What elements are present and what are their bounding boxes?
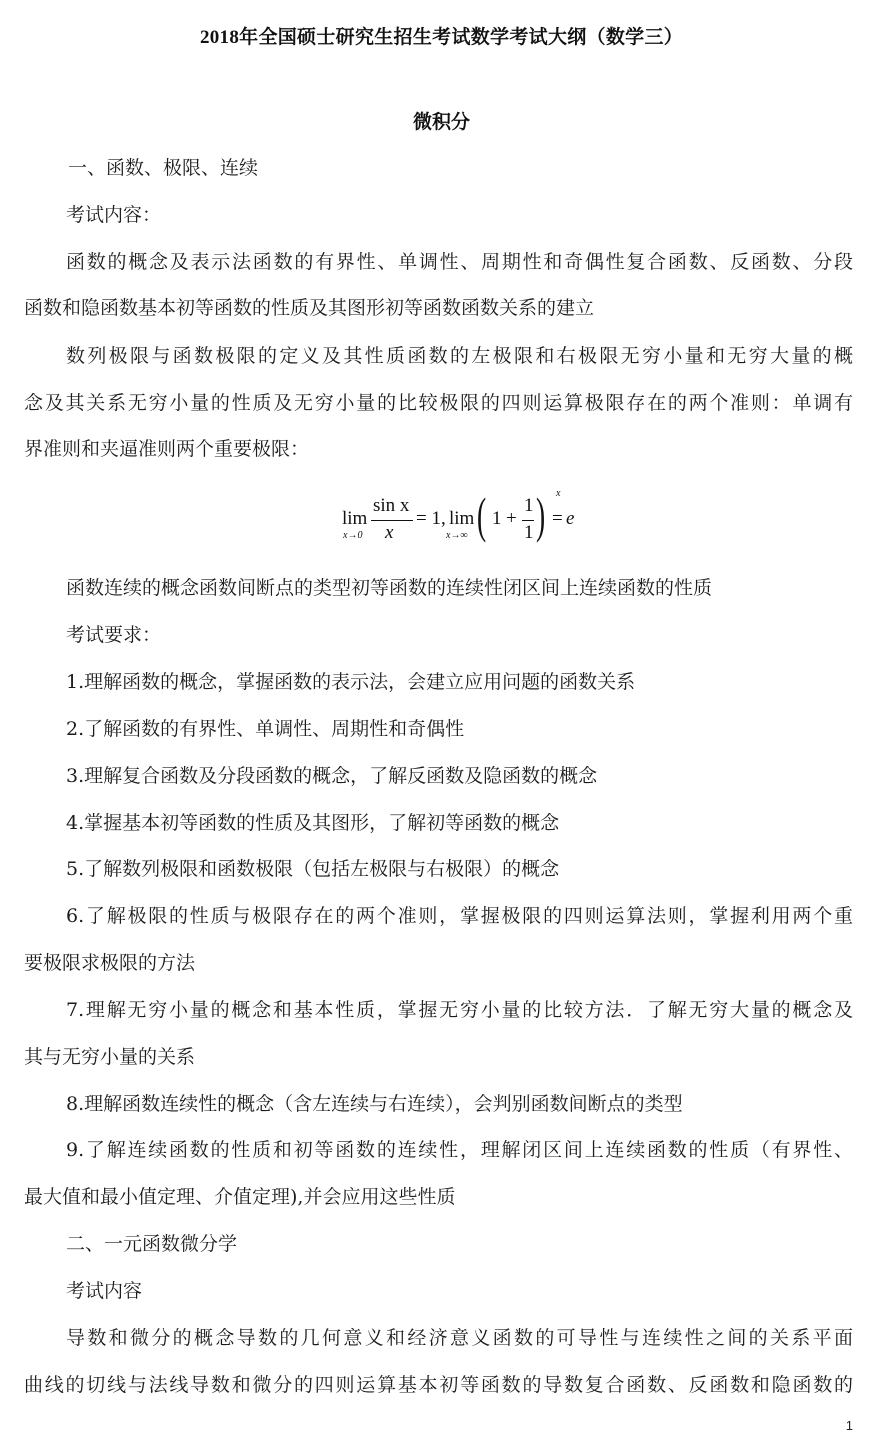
document-title: 2018年全国硕士研究生招生考试数学考试大纲（数学三）	[0, 22, 883, 49]
requirement-2: 2.了解函数的有界性、单调性、周期性和奇偶性	[66, 717, 464, 741]
equals-one: = 1,	[416, 508, 446, 530]
lim-1: lim	[342, 508, 367, 530]
part2-content-p1-line2: 曲线的切线与法线导数和微分的四则运算基本初等函数的导数复合函数、反函数和隐函数的	[24, 1373, 853, 1397]
requirement-3: 3.理解复合函数及分段函数的概念，了解反函数及隐函数的概念	[66, 764, 597, 788]
part1-content-p1-line2: 函数和隐函数基本初等函数的性质及其图形初等函数函数关系的建立	[24, 296, 594, 320]
euler-e: e	[566, 508, 574, 530]
requirement-8: 8.理解函数连续性的概念（含左连续与右连续），会判别函数间断点的类型	[66, 1092, 683, 1116]
requirement-7-line2: 其与无穷小量的关系	[24, 1045, 195, 1069]
left-paren: (	[477, 490, 486, 540]
frac-2-denominator: 1	[524, 522, 534, 544]
requirement-1: 1.理解函数的概念，掌握函数的表示法，会建立应用问题的函数关系	[66, 670, 635, 694]
equals: =	[552, 508, 563, 530]
frac-2-bar	[522, 520, 534, 521]
part1-content-p3: 函数连续的概念函数间断点的类型初等函数的连续性闭区间上连续函数的性质	[66, 576, 712, 600]
lim-2: lim	[449, 508, 474, 530]
frac-1-numerator-text: sin x	[373, 495, 409, 516]
page-number: 1	[846, 1418, 853, 1433]
right-paren: )	[536, 490, 545, 540]
part2-content-p1-line1: 导数和微分的概念导数的几何意义和经济意义函数的可导性与连续性之间的关系平面	[66, 1326, 853, 1350]
lim-2-subscript: x→∞	[446, 530, 468, 541]
part1-content-p2-line2: 念及其关系无穷小量的性质及无穷小量的比较极限的四则运算极限存在的两个准则：单调有	[24, 391, 853, 415]
part1-content-label: 考试内容：	[66, 203, 161, 227]
part2-content-label: 考试内容	[66, 1279, 142, 1303]
lim-1-subscript: x→0	[343, 530, 362, 541]
part1-content-p1-line1: 函数的概念及表示法函数的有界性、单调性、周期性和奇偶性复合函数、反函数、分段	[66, 250, 853, 274]
frac-1-denominator: x	[385, 522, 393, 544]
plus: +	[506, 508, 517, 530]
requirement-5: 5.了解数列极限和函数极限（包括左极限与右极限）的概念	[66, 857, 559, 881]
frac-1-bar	[371, 520, 413, 521]
section-title: 微积分	[0, 107, 883, 134]
requirement-9-line1: 9.了解连续函数的性质和初等函数的连续性，理解闭区间上连续函数的性质（有界性、	[66, 1138, 853, 1162]
part1-heading: 一、函数、极限、连续	[68, 156, 258, 180]
requirement-7-line1: 7.理解无穷小量的概念和基本性质，掌握无穷小量的比较方法．了解无穷大量的概念及	[66, 998, 853, 1022]
part1-content-p2-line1: 数列极限与函数极限的定义及其性质函数的左极限和右极限无穷小量和无穷大量的概	[66, 344, 853, 368]
frac-2-numerator: 1	[524, 495, 534, 517]
requirement-4: 4.掌握基本初等函数的性质及其图形，了解初等函数的概念	[66, 811, 559, 835]
requirement-9-line2: 最大值和最小值定理、介值定理),并会应用这些性质	[24, 1185, 455, 1209]
document-page: 2018年全国硕士研究生招生考试数学考试大纲（数学三） 微积分 一、函数、极限、…	[0, 0, 883, 1434]
requirement-6-line2: 要极限求极限的方法	[24, 951, 195, 975]
part2-heading: 二、一元函数微分学	[66, 1232, 237, 1256]
frac-1-numerator: sin x	[373, 495, 409, 517]
part1-content-p2-line3: 界准则和夹逼准则两个重要极限：	[24, 437, 309, 461]
limits-formula: lim x→0 sin x x = 1, lim x→∞ ( 1 + 1 1 )…	[340, 488, 600, 552]
part1-requirements-label: 考试要求：	[66, 623, 161, 647]
one: 1	[492, 508, 502, 530]
exponent: x	[556, 488, 560, 499]
requirement-6-line1: 6.了解极限的性质与极限存在的两个准则，掌握极限的四则运算法则，掌握利用两个重	[66, 904, 853, 928]
